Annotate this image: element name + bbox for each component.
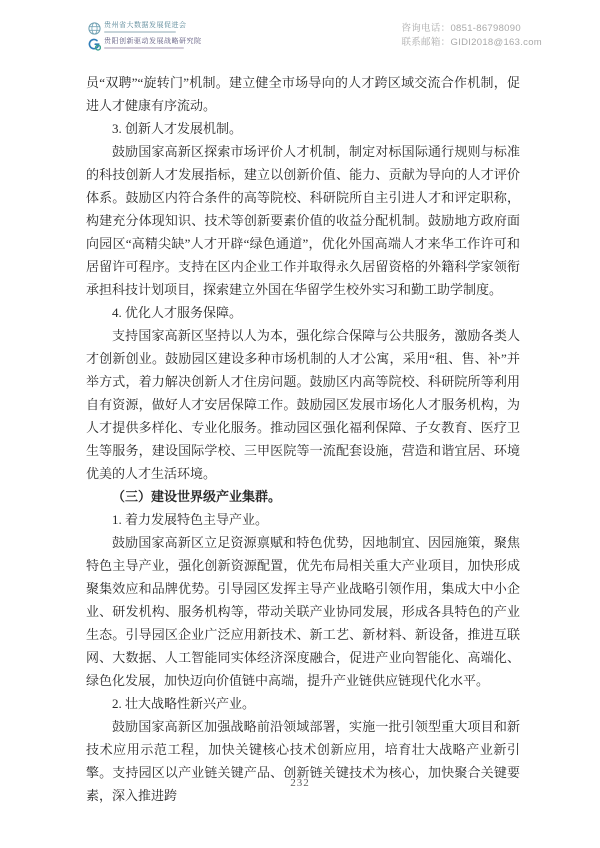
- logo-block: 贵州省大数据发展促进会 贵阳创新驱动发展战略研究院: [88, 22, 202, 51]
- institute-caption-line: [104, 47, 184, 49]
- institute-name: 贵阳创新驱动发展战略研究院: [104, 38, 202, 46]
- paragraph: 鼓励国家高新区探索市场评价人才机制，制定对标国际通行规则与标准的科技创新人才发展…: [86, 140, 520, 301]
- institute-logo: 贵阳创新驱动发展战略研究院: [88, 38, 202, 51]
- association-logo-text: 贵州省大数据发展促进会: [104, 22, 187, 33]
- paragraph: 鼓励国家高新区加强战略前沿领域部署，实施一批引领型重大项目和新技术应用示范工程，…: [86, 715, 520, 807]
- association-caption-line: [104, 31, 176, 33]
- paragraph: 1. 着力发展特色主导产业。: [86, 508, 520, 531]
- paragraph: 鼓励国家高新区立足资源禀赋和特色优势，因地制宜、因园施策，聚焦特色主导产业，强化…: [86, 531, 520, 692]
- document-page: 贵州省大数据发展促进会 贵阳创新驱动发展战略研究院 咨询电话：0851-8: [0, 0, 600, 848]
- association-name: 贵州省大数据发展促进会: [104, 22, 187, 30]
- paragraph: 2. 壮大战略性新兴产业。: [86, 692, 520, 715]
- contact-info: 咨询电话：0851-86798090 联系邮箱：GIDI2018@163.com: [401, 22, 542, 50]
- paragraph: 员“双聘”“旋转门”机制。建立健全市场导向的人才跨区域交流合作机制，促进人才健康…: [86, 71, 520, 117]
- paragraph: 支持国家高新区坚持以人为本，强化综合保障与公共服务，激励各类人才创新创业。鼓励园…: [86, 324, 520, 485]
- association-logo: 贵州省大数据发展促进会: [88, 22, 202, 35]
- contact-phone: 咨询电话：0851-86798090: [401, 22, 542, 36]
- paragraph: 3. 创新人才发展机制。: [86, 117, 520, 140]
- institute-emblem-icon: [88, 38, 101, 51]
- page-number: 232: [0, 777, 600, 789]
- contact-email: 联系邮箱：GIDI2018@163.com: [401, 36, 542, 50]
- document-body: 员“双聘”“旋转门”机制。建立健全市场导向的人才跨区域交流合作机制，促进人才健康…: [86, 71, 520, 807]
- globe-icon: [88, 22, 101, 35]
- page-header: 贵州省大数据发展促进会 贵阳创新驱动发展战略研究院 咨询电话：0851-8: [88, 22, 542, 51]
- institute-logo-text: 贵阳创新驱动发展战略研究院: [104, 38, 202, 49]
- paragraph: 4. 优化人才服务保障。: [86, 301, 520, 324]
- section-heading: （三）建设世界级产业集群。: [86, 485, 520, 508]
